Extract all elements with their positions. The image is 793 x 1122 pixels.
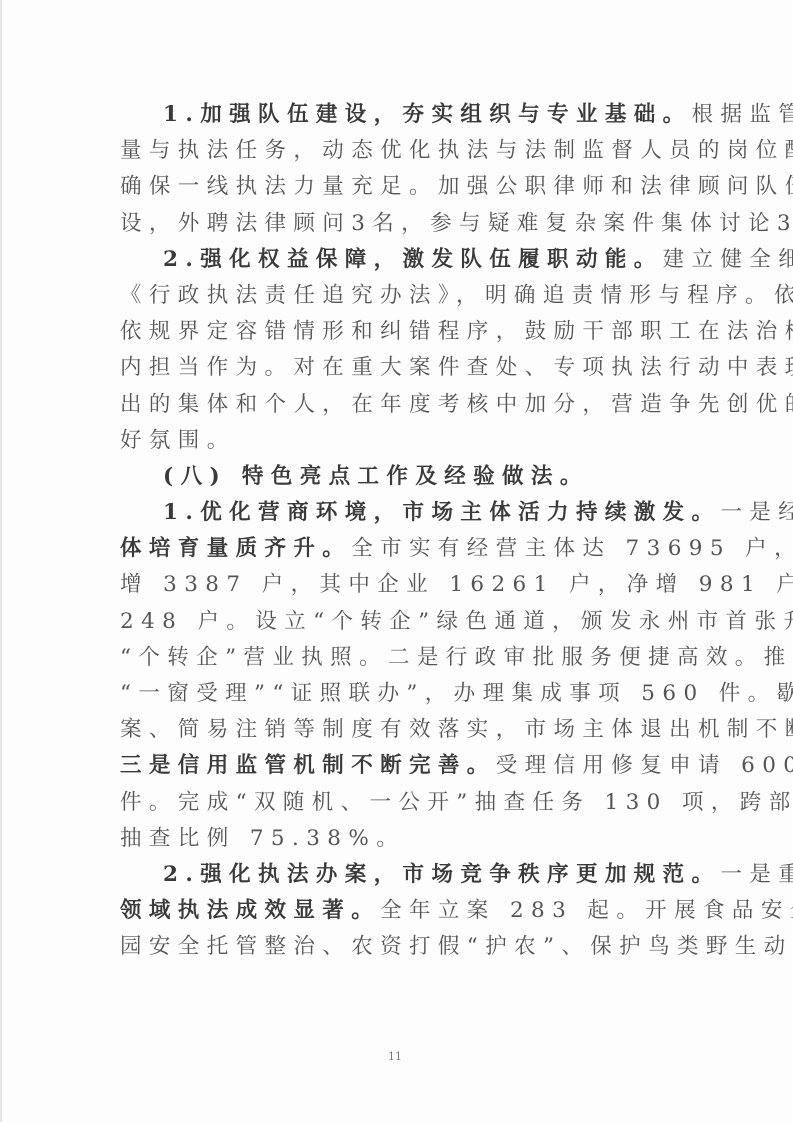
text-line: 《行政执法责任追究办法》，明确追责情形与程序。依法 <box>120 278 676 314</box>
text-line: 件。完成“双随机、一公开”抽查任务 130 项，跨部门联合 <box>120 785 676 821</box>
text-line: 依规界定容错情形和纠错程序，鼓励干部职工在法治框架 <box>120 314 676 350</box>
paragraph-3-heading-line: 1.优化营商环境，市场主体活力持续激发。一是经营主 <box>120 495 676 531</box>
text-line: 出的集体和个人，在年度考核中加分，营造争先创优的良 <box>120 387 676 423</box>
text-line: 确保一线执法力量充足。加强公职律师和法律顾问队伍建 <box>120 169 676 205</box>
scan-edge <box>0 0 2 1122</box>
body-text: 1.加强队伍建设，夯实组织与专业基础。根据监管体 量与执法任务，动态优化执法与法… <box>120 97 676 966</box>
text-line: 量与执法任务，动态优化执法与法制监督人员的岗位配置， <box>120 133 676 169</box>
text-line: “一窗受理”“证照联办”，办理集成事项 560 件。歇业备 <box>120 676 676 712</box>
text-line: 内担当作为。对在重大案件查处、专项执法行动中表现突 <box>120 350 676 386</box>
text-line: 领域执法成效显著。全年立案 283 起。开展食品安全、校 <box>120 893 676 929</box>
text-line: 三是信用监管机制不断完善。受理信用修复申请 600 余 <box>120 748 676 784</box>
text-line: 设，外聘法律顾问3名，参与疑难复杂案件集体讨论3次。 <box>120 206 676 242</box>
page-number: 11 <box>388 1050 402 1063</box>
section-heading-8: (八) 特色亮点工作及经验做法。 <box>120 459 676 495</box>
text-line: 体培育量质齐升。全市实有经营主体达 73695 户，年度净 <box>120 531 676 567</box>
text-line: 248 户。设立“个转企”绿色通道，颁发永州市首张升级版 <box>120 604 676 640</box>
text-line: 好氛围。 <box>120 423 676 459</box>
paragraph-1-heading-line: 1.加强队伍建设，夯实组织与专业基础。根据监管体 <box>120 97 676 133</box>
paragraph-2-heading-line: 2.强化权益保障，激发队伍履职动能。建立健全细化 <box>120 242 676 278</box>
text-line: 园安全托管整治、农资打假“护农”、保护鸟类野生动物、 <box>120 929 676 965</box>
text-line: “个转企”营业执照。二是行政审批服务便捷高效。推行 <box>120 640 676 676</box>
text-line: 抽查比例 75.38%。 <box>120 821 676 857</box>
document-page: 1.加强队伍建设，夯实组织与专业基础。根据监管体 量与执法任务，动态优化执法与法… <box>0 0 793 1122</box>
paragraph-4-heading-line: 2.强化执法办案，市场竞争秩序更加规范。一是重点 <box>120 857 676 893</box>
text-line: 案、简易注销等制度有效落实，市场主体退出机制不断完善。 <box>120 712 676 748</box>
text-line: 增 3387 户，其中企业 16261 户，净增 981 户；“个转企” <box>120 567 676 603</box>
